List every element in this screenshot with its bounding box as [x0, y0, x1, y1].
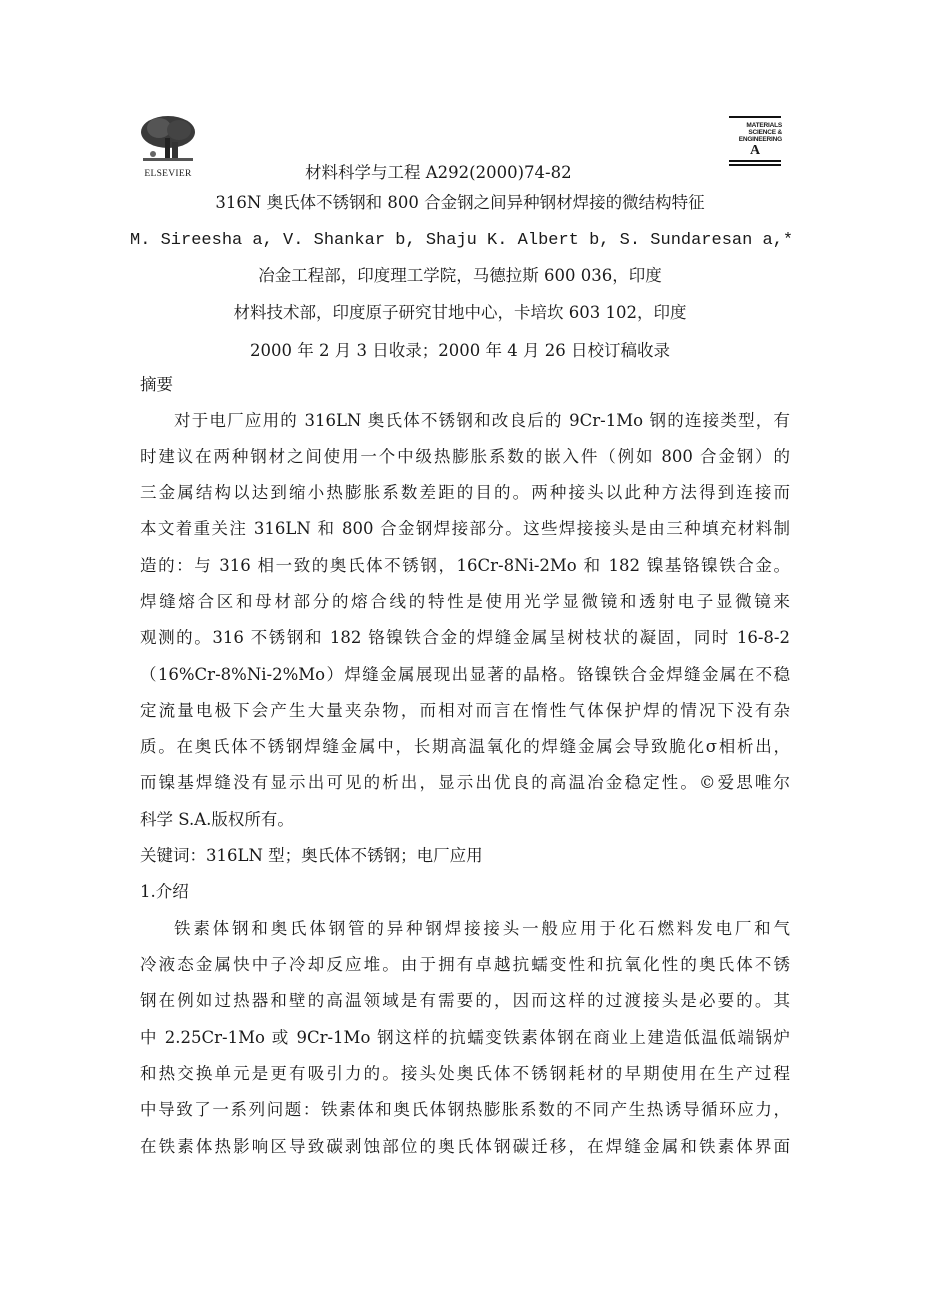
- elsevier-tree-icon: [139, 114, 197, 164]
- journal-logo-words: MATERIALS SCIENCE & ENGINEERING: [725, 122, 785, 143]
- body-line: 中 2.25Cr-1Mo 或 9Cr-1Mo 钢这样的抗蠕变铁素体钢在商业上建造…: [140, 1028, 790, 1048]
- abstract-line: （16%Cr-8%Ni-2%Mo）焊缝金属展现出显著的晶格。铬镍铁合金焊缝金属在…: [140, 665, 790, 685]
- abstract-line: 三金属结构以达到缩小热膨胀系数差距的目的。两种接头以此种方法得到连接而: [140, 483, 790, 503]
- abstract-line: 观测的。316 不锈钢和 182 铬镍铁合金的焊缝金属呈树枝状的凝固，同时 16…: [140, 628, 790, 648]
- authors: M. Sireesha a, V. Shankar b, Shaju K. Al…: [130, 231, 790, 251]
- body-line: 在铁素体热影响区导致碳剥蚀部位的奥氏体钢碳迁移，在焊缝金属和铁素体界面: [140, 1137, 790, 1157]
- keywords: 关键词：316LN 型；奥氏体不锈钢；电厂应用: [140, 846, 790, 866]
- abstract-line: 对于电厂应用的 316LN 奥氏体不锈钢和改良后的 9Cr-1Mo 钢的连接类型…: [140, 411, 790, 431]
- journal-logo-letter: A: [725, 144, 785, 158]
- journal-logo: MATERIALS SCIENCE & ENGINEERING A: [725, 116, 785, 178]
- body-line: 和热交换单元是更有吸引力的。接头处奥氏体不锈钢耗材的早期使用在生产过程: [140, 1064, 790, 1084]
- publisher-logo-text: ELSEVIER: [139, 169, 197, 179]
- elsevier-logo: ELSEVIER: [139, 114, 197, 178]
- body-line: 铁素体钢和奥氏体钢管的异种钢焊接接头一般应用于化石燃料发电厂和气: [140, 919, 790, 939]
- affiliation-b: 材料技术部，印度原子研究甘地中心，卡培坎 603 102，印度: [130, 303, 790, 323]
- logo-rule: [729, 116, 781, 118]
- abstract-line: 时建议在两种钢材之间使用一个中级热膨胀系数的嵌入件（例如 800 合金钢）的: [140, 447, 790, 467]
- journal-citation: 材料科学与工程 A292(2000)74-82: [305, 163, 605, 183]
- body-line: 冷液态金属快中子冷却反应堆。由于拥有卓越抗蠕变性和抗氧化性的奥氏体不锈: [140, 955, 790, 975]
- body-line: 中导致了一系列问题：铁素体和奥氏体钢热膨胀系数的不同产生热诱导循环应力，: [140, 1100, 790, 1120]
- logo-rule: [729, 160, 781, 162]
- abstract-line: 本文着重关注 316LN 和 800 合金钢焊接部分。这些焊接接头是由三种填充材…: [140, 519, 790, 539]
- abstract-line: 质。在奥氏体不锈钢焊缝金属中，长期高温氧化的焊缝金属会导致脆化σ相析出，: [140, 737, 790, 757]
- logo-rule: [729, 164, 781, 166]
- abstract-line: 科学 S.A.版权所有。: [140, 810, 790, 830]
- abstract-line: 定流量电极下会产生大量夹杂物，而相对而言在惰性气体保护焊的情况下没有杂: [140, 701, 790, 721]
- abstract-line: 而镍基焊缝没有显示出可见的析出，显示出优良的高温冶金稳定性。©爱思唯尔: [140, 773, 790, 793]
- received-dates: 2000 年 2 月 3 日收录；2000 年 4 月 26 日校订稿收录: [130, 341, 790, 361]
- abstract-line: 造的：与 316 相一致的奥氏体不锈钢，16Cr-8Ni-2Mo 和 182 镍…: [140, 556, 790, 576]
- abstract-line: 焊缝熔合区和母材部分的熔合线的特性是使用光学显微镜和透射电子显微镜来: [140, 592, 790, 612]
- section-heading-introduction: 1.介绍: [140, 882, 790, 902]
- abstract-heading: 摘要: [140, 375, 790, 395]
- paper-title: 316N 奥氏体不锈钢和 800 合金钢之间异种钢材焊接的微结构特征: [130, 193, 790, 213]
- affiliation-a: 冶金工程部，印度理工学院，马德拉斯 600 036，印度: [130, 266, 790, 286]
- body-line: 钢在例如过热器和壁的高温领域是有需要的，因而这样的过渡接头是必要的。其: [140, 991, 790, 1011]
- document-page: ELSEVIER MATERIALS SCIENCE & ENGINEERING…: [0, 0, 926, 1309]
